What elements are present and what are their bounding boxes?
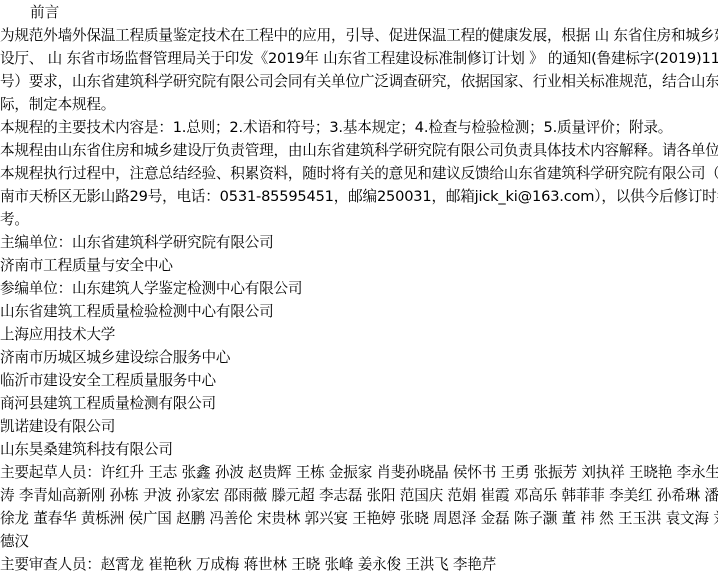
chief-editor-units: 主编单位：山东省建筑科学研究院有限公司 济南市工程质量与安全中心 <box>0 231 718 277</box>
co-editor-unit: 临沂市建设安全工程质量服务中心 <box>0 369 718 392</box>
drafters-line: 德汉 <box>0 530 718 553</box>
co-editor-unit: 山东建筑人学鉴定检测中心有限公司 <box>72 280 302 297</box>
chief-editor-unit: 山东省建筑科学研究院有限公司 <box>72 234 274 251</box>
chief-editor-line: 主编单位：山东省建筑科学研究院有限公司 <box>0 231 718 254</box>
intro-line: 为规范外墙外保温工程质量鉴定技术在工程中的应用，引导、促进保温工程的健康发展，根… <box>0 24 718 47</box>
drafters-line: 涛 李青灿高新刚 孙栋 尹波 孙家宏 邵雨薇 滕元超 李志磊 张阳 范国庆 范娟… <box>0 484 718 507</box>
management-line: 本规程由山东省住房和城乡建设厅负责管理，由山东省建筑科学研究院有限公司负责具体技… <box>0 139 718 162</box>
co-editor-label: 参编单位： <box>0 280 72 297</box>
drafters-line: 主要起草人员：许红升 王志 张鑫 孙波 赵贵辉 王栋 金振家 肖斐孙晓晶 侯怀书… <box>0 461 718 484</box>
co-editor-unit: 商河县建筑工程质量检测有限公司 <box>0 392 718 415</box>
technical-content-paragraph: 本规程的主要技术内容是：1.总则；2.术语和符号；3.基本规定；4.检查与检验检… <box>0 116 718 139</box>
co-editor-units: 参编单位：山东建筑人学鉴定检测中心有限公司 山东省建筑工程质量检验检测中心有限公… <box>0 277 718 461</box>
co-editor-line: 参编单位：山东建筑人学鉴定检测中心有限公司 <box>0 277 718 300</box>
intro-paragraph: 为规范外墙外保温工程质量鉴定技术在工程中的应用，引导、促进保温工程的健康发展，根… <box>0 24 718 116</box>
management-line: 考。 <box>0 208 718 231</box>
chief-editor-unit: 济南市工程质量与安全中心 <box>0 254 718 277</box>
reviewers-paragraph: 主要审查人员：赵霄龙 崔艳秋 万成梅 蒋世林 王晓 张峰 姜永俊 王洪飞 李艳芹 <box>0 553 718 573</box>
intro-line: 际，制定本规程。 <box>0 93 718 116</box>
document-page: 前言 为规范外墙外保温工程质量鉴定技术在工程中的应用，引导、促进保温工程的健康发… <box>0 0 718 573</box>
management-line: 南市天桥区无影山路29号，电话：0531-85595451，邮编250031，邮… <box>0 185 718 208</box>
co-editor-unit: 凯诺建设有限公司 <box>0 415 718 438</box>
co-editor-unit: 上海应用技术大学 <box>0 323 718 346</box>
intro-line: 号）要求，山东省建筑科学研究院有限公司会同有关单位广泛调查研究，依据国家、行业相… <box>0 70 718 93</box>
intro-line: 设厅、 山 东省市场监督管理局关于印发《2019年 山东省工程建设标准制修订计划… <box>0 47 718 70</box>
co-editor-unit: 山东昊桑建筑科技有限公司 <box>0 438 718 461</box>
co-editor-unit: 山东省建筑工程质量检验检测中心有限公司 <box>0 300 718 323</box>
co-editor-unit: 济南市历城区城乡建设综合服务中心 <box>0 346 718 369</box>
reviewers-line: 主要审查人员：赵霄龙 崔艳秋 万成梅 蒋世林 王晓 张峰 姜永俊 王洪飞 李艳芹 <box>0 553 718 573</box>
document-title: 前言 <box>0 1 718 24</box>
management-paragraph: 本规程由山东省住房和城乡建设厅负责管理，由山东省建筑科学研究院有限公司负责具体技… <box>0 139 718 231</box>
drafters-line: 徐龙 董春华 黄栎洲 侯广国 赵鹏 冯善伦 宋贵林 郭兴宴 王艳婷 张晓 周恩泽… <box>0 507 718 530</box>
technical-content-line: 本规程的主要技术内容是：1.总则；2.术语和符号；3.基本规定；4.检查与检验检… <box>0 116 718 139</box>
drafters-paragraph: 主要起草人员：许红升 王志 张鑫 孙波 赵贵辉 王栋 金振家 肖斐孙晓晶 侯怀书… <box>0 461 718 553</box>
management-line: 本规程执行过程中，注意总结经验、积累资料，随时将有关的意见和建议反馈给山东省建筑… <box>0 162 718 185</box>
chief-editor-label: 主编单位： <box>0 234 72 251</box>
